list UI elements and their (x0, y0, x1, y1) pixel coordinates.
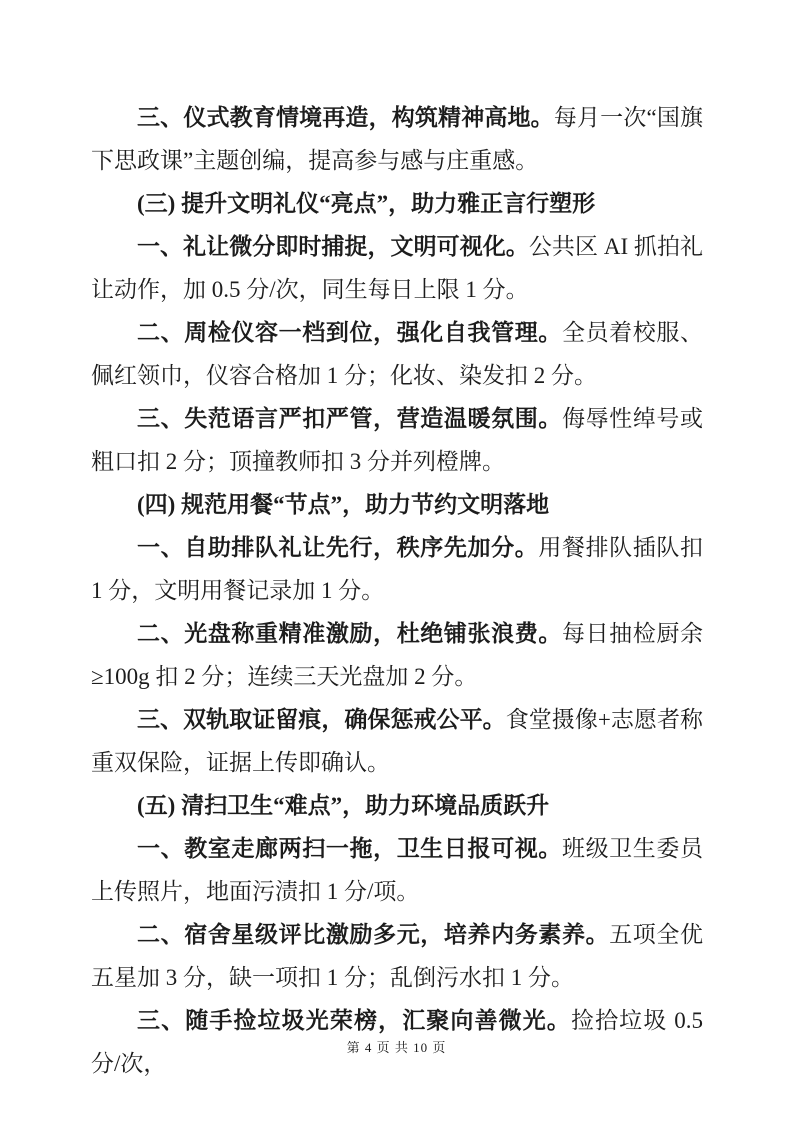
document-body: 三、仪式教育情境再造，构筑精神高地。每月一次“国旗下思政课”主题创编，提高参与感… (91, 96, 703, 1085)
paragraph: 三、双轨取证留痕，确保惩戒公平。食堂摄像+志愿者称重双保险，证据上传即确认。 (91, 698, 703, 784)
paragraph: 一、教室走廊两扫一拖，卫生日报可视。班级卫生委员上传照片，地面污渍扣 1 分/项… (91, 827, 703, 913)
paragraph-lead: 三、仪式教育情境再造，构筑精神高地。 (137, 105, 554, 130)
paragraph-lead: 三、双轨取证留痕，确保惩戒公平。 (137, 707, 506, 732)
section-heading: (三) 提升文明礼仪“亮点”，助力雅正言行塑形 (91, 182, 703, 225)
paragraph: 三、仪式教育情境再造，构筑精神高地。每月一次“国旗下思政课”主题创编，提高参与感… (91, 96, 703, 182)
page-footer: 第 4 页 共 10 页 (0, 1037, 793, 1056)
section-heading: (四) 规范用餐“节点”，助力节约文明落地 (91, 483, 703, 526)
heading-text: (四) 规范用餐“节点”，助力节约文明落地 (137, 492, 549, 517)
section-heading: (五) 清扫卫生“难点”，助力环境品质跃升 (91, 784, 703, 827)
paragraph-lead: 二、周检仪容一档到位，强化自我管理。 (137, 320, 562, 345)
document-page: 三、仪式教育情境再造，构筑精神高地。每月一次“国旗下思政课”主题创编，提高参与感… (0, 0, 793, 1122)
paragraph-lead: 二、宿舍星级评比激励多元，培养内务素养。 (137, 922, 609, 947)
paragraph: 一、礼让微分即时捕捉，文明可视化。公共区 AI 抓拍礼让动作，加 0.5 分/次… (91, 225, 703, 311)
paragraph-lead: 三、随手捡垃圾光荣榜，汇聚向善微光。 (137, 1008, 571, 1033)
paragraph-lead: 三、失范语言严扣严管，营造温暖氛围。 (137, 406, 562, 431)
paragraph: 三、失范语言严扣严管，营造温暖氛围。侮辱性绰号或粗口扣 2 分；顶撞教师扣 3 … (91, 397, 703, 483)
paragraph-lead: 一、自助排队礼让先行，秩序先加分。 (137, 535, 538, 560)
paragraph: 一、自助排队礼让先行，秩序先加分。用餐排队插队扣 1 分，文明用餐记录加 1 分… (91, 526, 703, 612)
paragraph: 二、宿舍星级评比激励多元，培养内务素养。五项全优五星加 3 分，缺一项扣 1 分… (91, 913, 703, 999)
paragraph: 二、光盘称重精准激励，杜绝铺张浪费。每日抽检厨余≥100g 扣 2 分；连续三天… (91, 612, 703, 698)
heading-text: (五) 清扫卫生“难点”，助力环境品质跃升 (137, 793, 549, 818)
paragraph-lead: 一、教室走廊两扫一拖，卫生日报可视。 (137, 836, 562, 861)
paragraph: 二、周检仪容一档到位，强化自我管理。全员着校服、佩红领巾，仪容合格加 1 分；化… (91, 311, 703, 397)
paragraph-lead: 一、礼让微分即时捕捉，文明可视化。 (137, 234, 529, 259)
heading-text: (三) 提升文明礼仪“亮点”，助力雅正言行塑形 (137, 191, 595, 216)
page-number-label: 第 4 页 共 10 页 (347, 1040, 447, 1055)
paragraph-lead: 二、光盘称重精准激励，杜绝铺张浪费。 (137, 621, 562, 646)
